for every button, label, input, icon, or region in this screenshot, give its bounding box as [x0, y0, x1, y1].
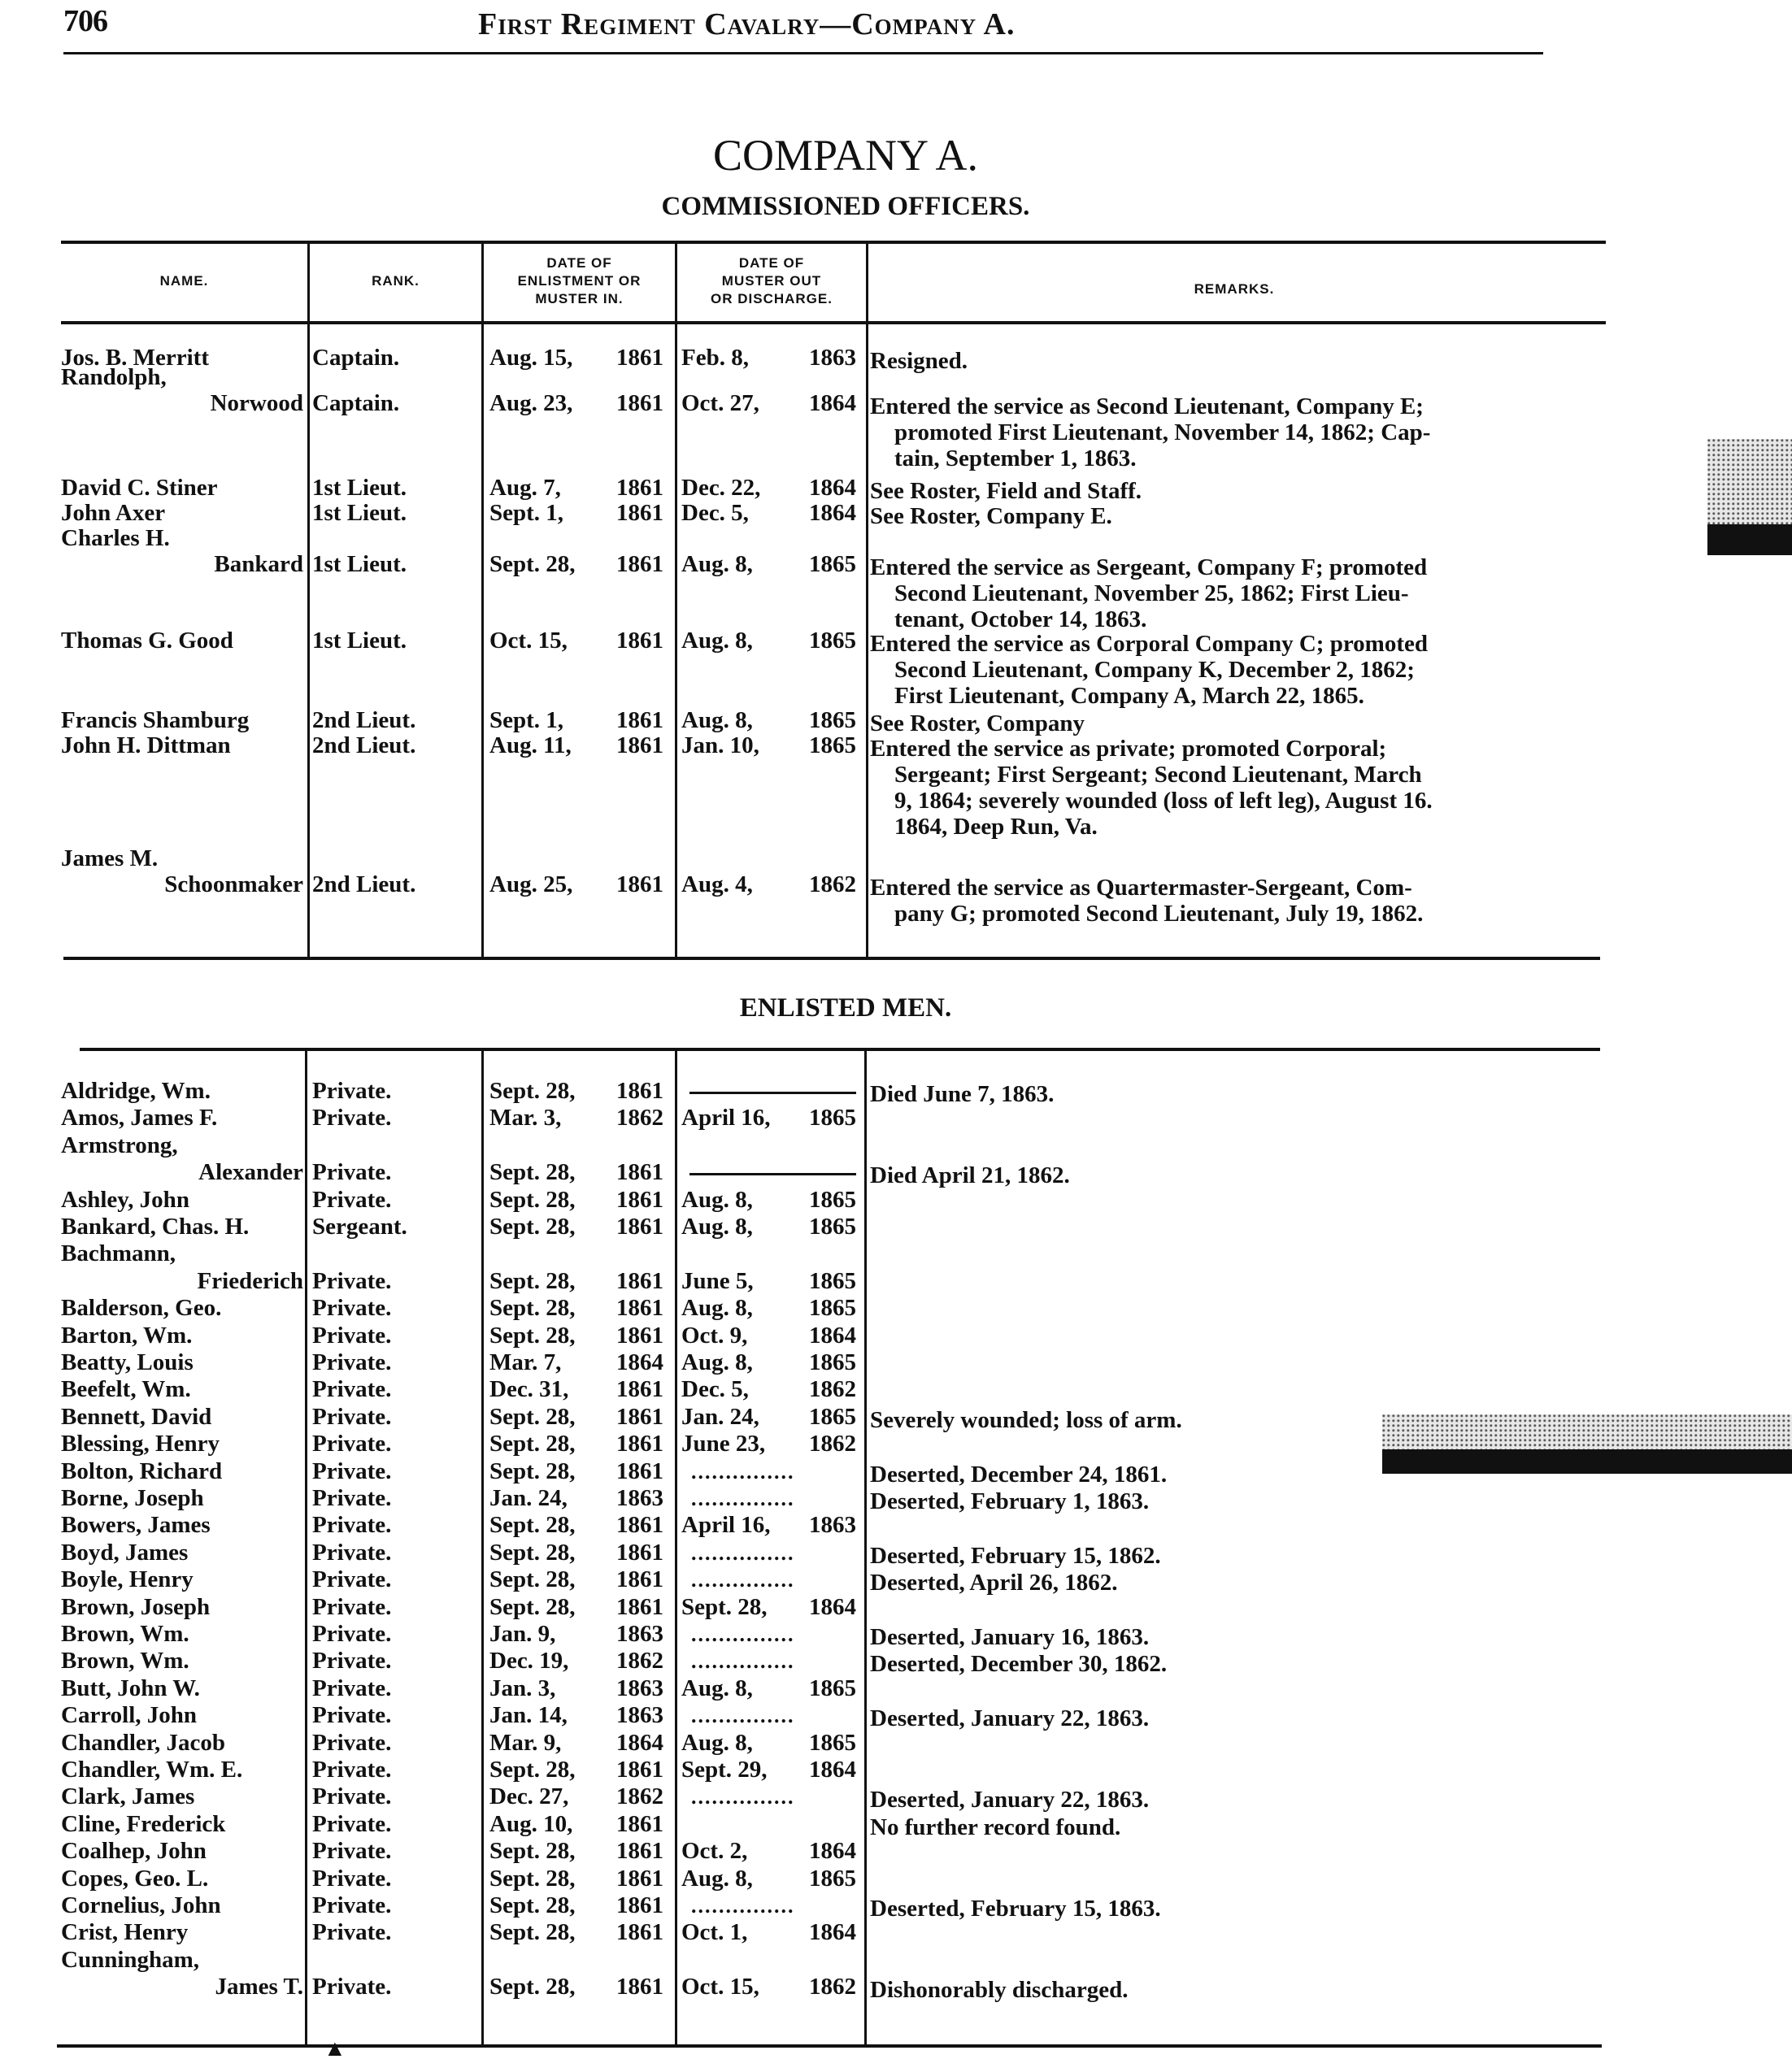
enlist-year: 1861	[616, 1974, 663, 2000]
enlist-date: Sept. 28,	[489, 1214, 576, 1240]
muster-out-date: Oct. 15,	[681, 1974, 759, 2000]
muster-out-date: Jan. 24,	[681, 1404, 759, 1430]
muster-out-date: Aug. 4,	[681, 871, 753, 897]
muster-out-year: 1862	[809, 1431, 856, 1457]
enlisted-rank: Private.	[312, 1594, 391, 1620]
officer-rank: 1st Lieut.	[312, 551, 407, 577]
remarks-line: Resigned.	[870, 348, 1602, 374]
enlisted-remark: Died June 7, 1863.	[870, 1081, 1602, 1107]
enlisted-rank: Private.	[312, 1376, 391, 1402]
enlist-year: 1863	[616, 1485, 663, 1511]
muster-out-dash	[689, 1092, 856, 1094]
header-muster-line: DATE OF	[677, 254, 866, 272]
col-divider	[481, 244, 484, 958]
muster-out-year: 1863	[809, 345, 856, 371]
enlisted-name: Bankard, Chas. H.	[61, 1214, 249, 1240]
enlist-year: 1861	[616, 1295, 663, 1321]
muster-out-date: Aug. 8,	[681, 1187, 753, 1213]
enlist-year: 1862	[616, 1105, 663, 1131]
officer-remarks: Entered the service as Second Lieutenant…	[870, 393, 1602, 471]
muster-out-year: 1864	[809, 390, 856, 416]
enlist-date: Dec. 27,	[489, 1783, 568, 1809]
enlist-date: Oct. 15,	[489, 628, 568, 654]
enlisted-remark: Deserted, January 22, 1863.	[870, 1705, 1602, 1731]
header-enlistment-line: ENLISTMENT OR	[484, 272, 675, 290]
enlist-date: Aug. 11,	[489, 732, 572, 758]
col-divider	[675, 244, 677, 958]
remarks-line: Sergeant; First Sergeant; Second Lieuten…	[870, 762, 1602, 788]
officer-name: Randolph,	[61, 364, 167, 390]
enlisted-rank: Private.	[312, 1566, 391, 1592]
page-number: 706	[63, 3, 107, 39]
officers-header-rule	[61, 321, 1606, 324]
remarks-line: Second Lieutenant, November 25, 1862; Fi…	[870, 580, 1602, 606]
enlist-year: 1861	[616, 1078, 663, 1104]
col-divider	[307, 244, 310, 958]
enlisted-name-cont: James T.	[61, 1974, 303, 2000]
enlist-date: Sept. 1,	[489, 707, 563, 733]
muster-out-date: April 16,	[681, 1105, 771, 1131]
enlisted-remark: Deserted, December 30, 1862.	[870, 1651, 1602, 1677]
officer-name-cont: Schoonmaker	[61, 871, 303, 897]
muster-out-dash	[689, 1173, 856, 1175]
enlist-year: 1861	[616, 1811, 663, 1837]
muster-out-date: Aug. 8,	[681, 628, 753, 654]
muster-out-year: 1865	[809, 1730, 856, 1756]
header-rank: RANK.	[310, 272, 481, 290]
header-rule	[63, 52, 1543, 54]
enlisted-remark: Deserted, January 22, 1863.	[870, 1787, 1602, 1813]
enlisted-remark: Deserted, February 15, 1862.	[870, 1543, 1602, 1569]
remarks-line: Second Lieutenant, Company K, December 2…	[870, 657, 1602, 683]
officer-name-cont: Norwood	[61, 390, 303, 416]
muster-out-year: 1864	[809, 1594, 856, 1620]
officer-rank: 1st Lieut.	[312, 628, 407, 654]
muster-out-year: 1864	[809, 1757, 856, 1783]
enlisted-rank: Private.	[312, 1621, 391, 1647]
remarks-line: tain, September 1, 1863.	[870, 445, 1602, 471]
muster-out-year: 1862	[809, 871, 856, 897]
muster-out-year: 1865	[809, 732, 856, 758]
enlisted-name: Aldridge, Wm.	[61, 1078, 211, 1104]
enlist-year: 1864	[616, 1349, 663, 1375]
enlist-date: Dec. 31,	[489, 1376, 568, 1402]
remarks-line: First Lieutenant, Company A, March 22, 1…	[870, 683, 1602, 709]
muster-out-date: Aug. 8,	[681, 1349, 753, 1375]
muster-out-date: Aug. 8,	[681, 1295, 753, 1321]
muster-out-date: June 5,	[681, 1268, 754, 1294]
enlist-date: Jan. 9,	[489, 1621, 555, 1647]
enlist-date: Sept. 28,	[489, 1431, 576, 1457]
remarks-line: tenant, October 14, 1863.	[870, 606, 1602, 632]
enlisted-rank: Private.	[312, 1431, 391, 1457]
muster-out-dots: ...............	[691, 1622, 795, 1647]
muster-out-year: 1865	[809, 707, 856, 733]
muster-out-dots: ...............	[691, 1649, 795, 1674]
enlisted-rank: Private.	[312, 1783, 391, 1809]
muster-out-year: 1862	[809, 1974, 856, 2000]
enlisted-name: Bolton, Richard	[61, 1458, 222, 1484]
enlisted-bottom-rule	[57, 2044, 1602, 2048]
enlist-year: 1861	[616, 1431, 663, 1457]
enlisted-name: Beatty, Louis	[61, 1349, 194, 1375]
muster-out-year: 1865	[809, 1105, 856, 1131]
enlisted-remark: Deserted, February 1, 1863.	[870, 1488, 1602, 1514]
enlist-date: Sept. 28,	[489, 1757, 576, 1783]
enlist-date: Aug. 25,	[489, 871, 572, 897]
muster-out-date: Sept. 29,	[681, 1757, 768, 1783]
enlisted-rank: Private.	[312, 1078, 391, 1104]
muster-out-year: 1862	[809, 1376, 856, 1402]
muster-out-date: April 16,	[681, 1512, 771, 1538]
officer-rank: 2nd Lieut.	[312, 707, 415, 733]
enlisted-rank: Private.	[312, 1974, 391, 2000]
enlist-year: 1861	[616, 1540, 663, 1566]
enlisted-rank: Private.	[312, 1187, 391, 1213]
enlisted-remark: No further record found.	[870, 1814, 1602, 1840]
muster-out-date: Aug. 8,	[681, 1866, 753, 1892]
remarks-line: See Roster, Field and Staff.	[870, 478, 1602, 504]
officer-rank: 1st Lieut.	[312, 475, 407, 501]
enlist-year: 1864	[616, 1730, 663, 1756]
header-muster-out: DATE OF MUSTER OUT OR DISCHARGE.	[677, 254, 866, 308]
enlist-year: 1861	[616, 871, 663, 897]
muster-out-date: Oct. 2,	[681, 1838, 747, 1864]
enlisted-name: Bowers, James	[61, 1512, 211, 1538]
enlist-date: Sept. 28,	[489, 1838, 576, 1864]
enlist-date: Aug. 10,	[489, 1811, 572, 1837]
officer-name: James M.	[61, 845, 158, 871]
ink-mark: ▲	[324, 2036, 346, 2062]
enlist-date: Mar. 7,	[489, 1349, 561, 1375]
header-enlistment-line: DATE OF	[484, 254, 675, 272]
enlisted-name: Cline, Frederick	[61, 1811, 225, 1837]
muster-out-year: 1865	[809, 1295, 856, 1321]
remarks-line: See Roster, Company E.	[870, 503, 1602, 529]
enlist-year: 1861	[616, 551, 663, 577]
enlisted-name: Amos, James F.	[61, 1105, 217, 1131]
enlist-year: 1861	[616, 1512, 663, 1538]
enlisted-remark: Deserted, February 15, 1863.	[870, 1896, 1602, 1922]
muster-out-date: Oct. 27,	[681, 390, 759, 416]
muster-out-dots: ...............	[691, 1568, 795, 1592]
enlist-date: Sept. 28,	[489, 1594, 576, 1620]
enlisted-rank: Private.	[312, 1919, 391, 1945]
enlisted-rank: Private.	[312, 1485, 391, 1511]
enlist-year: 1861	[616, 1323, 663, 1349]
enlist-date: Jan. 3,	[489, 1675, 555, 1701]
muster-out-year: 1865	[809, 1349, 856, 1375]
remarks-line: Entered the service as Sergeant, Company…	[870, 554, 1602, 580]
officer-rank: 1st Lieut.	[312, 500, 407, 526]
enlist-date: Sept. 28,	[489, 1566, 576, 1592]
enlisted-name: Cunningham,	[61, 1947, 199, 1973]
enlist-year: 1861	[616, 390, 663, 416]
muster-out-dots: ...............	[691, 1541, 795, 1566]
muster-out-date: June 23,	[681, 1431, 765, 1457]
enlist-date: Sept. 28,	[489, 551, 576, 577]
header-remarks: REMARKS.	[868, 280, 1600, 298]
enlisted-name: Cornelius, John	[61, 1892, 221, 1918]
officer-name-cont: Bankard	[61, 551, 303, 577]
enlisted-rank: Private.	[312, 1811, 391, 1837]
enlist-year: 1861	[616, 707, 663, 733]
enlist-year: 1861	[616, 1404, 663, 1430]
enlisted-heading: ENLISTED MEN.	[0, 993, 1691, 1023]
muster-out-dots: ...............	[691, 1785, 795, 1809]
officer-remarks: Entered the service as Quartermaster-Ser…	[870, 875, 1602, 927]
header-name: NAME.	[61, 272, 307, 290]
enlist-year: 1861	[616, 1757, 663, 1783]
enlist-year: 1863	[616, 1675, 663, 1701]
enlisted-top-rule	[80, 1048, 1600, 1051]
enlisted-name: Brown, Wm.	[61, 1621, 189, 1647]
muster-out-year: 1864	[809, 475, 856, 501]
col-divider	[864, 1051, 867, 2044]
officer-rank: 2nd Lieut.	[312, 732, 415, 758]
enlisted-name: Chandler, Jacob	[61, 1730, 225, 1756]
enlist-year: 1863	[616, 1702, 663, 1728]
enlist-year: 1863	[616, 1621, 663, 1647]
enlisted-name: Boyle, Henry	[61, 1566, 194, 1592]
enlist-date: Sept. 28,	[489, 1268, 576, 1294]
enlisted-name: Copes, Geo. L.	[61, 1866, 208, 1892]
enlisted-name: Armstrong,	[61, 1132, 178, 1158]
enlist-date: Sept. 28,	[489, 1974, 576, 2000]
enlist-date: Jan. 14,	[489, 1702, 568, 1728]
enlisted-rank: Private.	[312, 1512, 391, 1538]
muster-out-year: 1864	[809, 1838, 856, 1864]
officer-remarks: Resigned.	[870, 348, 1602, 374]
enlist-date: Sept. 28,	[489, 1404, 576, 1430]
remarks-line: pany G; promoted Second Lieutenant, July…	[870, 901, 1602, 927]
remarks-line: See Roster, Company	[870, 710, 1602, 736]
enlist-date: Sept. 28,	[489, 1078, 576, 1104]
muster-out-dots: ...............	[691, 1704, 795, 1728]
enlisted-name: Boyd, James	[61, 1540, 188, 1566]
enlisted-rank: Private.	[312, 1702, 391, 1728]
officer-name: Thomas G. Good	[61, 628, 233, 654]
enlisted-rank: Private.	[312, 1757, 391, 1783]
enlisted-rank: Private.	[312, 1458, 391, 1484]
officer-remarks: See Roster, Company E.	[870, 503, 1602, 529]
enlisted-rank: Private.	[312, 1268, 391, 1294]
enlist-date: Sept. 28,	[489, 1892, 576, 1918]
header-enlistment: DATE OF ENLISTMENT OR MUSTER IN.	[484, 254, 675, 308]
enlist-date: Sept. 28,	[489, 1512, 576, 1538]
muster-out-date: Dec. 5,	[681, 1376, 749, 1402]
scan-smudge-dark	[1382, 1449, 1792, 1474]
enlisted-name: Brown, Wm.	[61, 1648, 189, 1674]
enlist-year: 1862	[616, 1783, 663, 1809]
enlisted-remark: Deserted, January 16, 1863.	[870, 1624, 1602, 1650]
col-divider	[866, 244, 868, 958]
running-head: First Regiment Cavalry—Company A.	[478, 7, 1016, 42]
enlisted-name: Butt, John W.	[61, 1675, 200, 1701]
enlist-date: Sept. 28,	[489, 1187, 576, 1213]
enlisted-rank: Private.	[312, 1838, 391, 1864]
officer-rank: 2nd Lieut.	[312, 871, 415, 897]
enlist-date: Sept. 28,	[489, 1919, 576, 1945]
header-enlistment-line: MUSTER IN.	[484, 290, 675, 308]
muster-out-date: Feb. 8,	[681, 345, 749, 371]
muster-out-date: Oct. 9,	[681, 1323, 747, 1349]
enlist-date: Mar. 9,	[489, 1730, 561, 1756]
muster-out-date: Dec. 5,	[681, 500, 749, 526]
enlisted-rank: Private.	[312, 1866, 391, 1892]
muster-out-date: Aug. 8,	[681, 1675, 753, 1701]
enlisted-rank: Private.	[312, 1730, 391, 1756]
muster-out-year: 1863	[809, 1512, 856, 1538]
enlist-date: Jan. 24,	[489, 1485, 568, 1511]
enlisted-rank: Private.	[312, 1892, 391, 1918]
enlist-date: Sept. 28,	[489, 1295, 576, 1321]
header-muster-line: OR DISCHARGE.	[677, 290, 866, 308]
enlist-year: 1861	[616, 1376, 663, 1402]
enlisted-name: Clark, James	[61, 1783, 194, 1809]
enlist-year: 1861	[616, 1919, 663, 1945]
officer-name: David C. Stiner	[61, 475, 218, 501]
enlist-year: 1862	[616, 1648, 663, 1674]
enlisted-name: Barton, Wm.	[61, 1323, 192, 1349]
enlist-date: Sept. 28,	[489, 1323, 576, 1349]
muster-out-date: Aug. 8,	[681, 1730, 753, 1756]
enlist-year: 1861	[616, 732, 663, 758]
remarks-line: Entered the service as Corporal Company …	[870, 631, 1602, 657]
enlisted-name-cont: Friederich	[61, 1268, 303, 1294]
enlist-year: 1861	[616, 1268, 663, 1294]
officers-bottom-rule	[63, 957, 1600, 960]
officer-name: John H. Dittman	[61, 732, 231, 758]
page-title: COMPANY A.	[0, 130, 1691, 180]
enlist-date: Dec. 19,	[489, 1648, 568, 1674]
muster-out-year: 1865	[809, 551, 856, 577]
muster-out-year: 1864	[809, 500, 856, 526]
enlisted-name: Borne, Joseph	[61, 1485, 204, 1511]
enlisted-name: Beefelt, Wm.	[61, 1376, 191, 1402]
enlist-date: Aug. 23,	[489, 390, 572, 416]
officer-name: Charles H.	[61, 525, 170, 551]
enlist-date: Aug. 15,	[489, 345, 572, 371]
muster-out-year: 1864	[809, 1323, 856, 1349]
remarks-line: Entered the service as Second Lieutenant…	[870, 393, 1602, 419]
enlist-year: 1861	[616, 1187, 663, 1213]
officer-name: Francis Shamburg	[61, 707, 249, 733]
enlist-year: 1861	[616, 1892, 663, 1918]
muster-out-date: Jan. 10,	[681, 732, 759, 758]
enlist-year: 1861	[616, 628, 663, 654]
enlisted-rank: Sergeant.	[312, 1214, 407, 1240]
enlisted-name: Bachmann,	[61, 1240, 176, 1266]
enlisted-remark: Died April 21, 1862.	[870, 1162, 1602, 1188]
muster-out-date: Aug. 8,	[681, 1214, 753, 1240]
officer-remarks: See Roster, Field and Staff.	[870, 478, 1602, 504]
enlisted-rank: Private.	[312, 1404, 391, 1430]
enlist-year: 1861	[616, 475, 663, 501]
muster-out-date: Aug. 8,	[681, 551, 753, 577]
enlisted-name: Blessing, Henry	[61, 1431, 220, 1457]
enlist-year: 1861	[616, 1594, 663, 1620]
enlist-date: Sept. 28,	[489, 1458, 576, 1484]
enlisted-rank: Private.	[312, 1295, 391, 1321]
enlist-year: 1861	[616, 1838, 663, 1864]
scan-smudge-dark	[1707, 524, 1792, 555]
enlisted-name: Coalhep, John	[61, 1838, 207, 1864]
officer-remarks: See Roster, Company	[870, 710, 1602, 736]
muster-out-year: 1865	[809, 1187, 856, 1213]
muster-out-year: 1865	[809, 628, 856, 654]
muster-out-year: 1865	[809, 1214, 856, 1240]
muster-out-date: Dec. 22,	[681, 475, 760, 501]
enlisted-name: Balderson, Geo.	[61, 1295, 221, 1321]
muster-out-dots: ...............	[691, 1460, 795, 1484]
enlisted-rank: Private.	[312, 1540, 391, 1566]
enlisted-rank: Private.	[312, 1323, 391, 1349]
muster-out-year: 1865	[809, 1268, 856, 1294]
enlisted-rank: Private.	[312, 1648, 391, 1674]
enlist-date: Sept. 28,	[489, 1159, 576, 1185]
enlisted-name: Chandler, Wm. E.	[61, 1757, 242, 1783]
enlist-year: 1861	[616, 1458, 663, 1484]
enlisted-name: Brown, Joseph	[61, 1594, 210, 1620]
enlisted-name: Crist, Henry	[61, 1919, 188, 1945]
officer-remarks: Entered the service as private; promoted…	[870, 736, 1602, 840]
enlist-date: Sept. 1,	[489, 500, 563, 526]
muster-out-year: 1865	[809, 1404, 856, 1430]
muster-out-date: Sept. 28,	[681, 1594, 768, 1620]
enlisted-name: Bennett, David	[61, 1404, 211, 1430]
enlisted-rank: Private.	[312, 1159, 391, 1185]
muster-out-year: 1865	[809, 1675, 856, 1701]
muster-out-dots: ...............	[691, 1487, 795, 1511]
muster-out-year: 1864	[809, 1919, 856, 1945]
enlisted-rank: Private.	[312, 1349, 391, 1375]
officer-name: John Axer	[61, 500, 165, 526]
enlisted-rank: Private.	[312, 1675, 391, 1701]
enlist-year: 1861	[616, 500, 663, 526]
officer-rank: Captain.	[312, 345, 399, 371]
enlisted-rank: Private.	[312, 1105, 391, 1131]
enlisted-remark: Deserted, April 26, 1862.	[870, 1570, 1602, 1596]
enlist-year: 1861	[616, 1866, 663, 1892]
muster-out-date: Oct. 1,	[681, 1919, 747, 1945]
remarks-line: Entered the service as Quartermaster-Ser…	[870, 875, 1602, 901]
enlisted-name: Ashley, John	[61, 1187, 189, 1213]
enlist-date: Sept. 28,	[489, 1540, 576, 1566]
remarks-line: 9, 1864; severely wounded (loss of left …	[870, 788, 1602, 814]
muster-out-date: Aug. 8,	[681, 707, 753, 733]
enlisted-name: Carroll, John	[61, 1702, 197, 1728]
header-muster-line: MUSTER OUT	[677, 272, 866, 290]
muster-out-year: 1865	[809, 1866, 856, 1892]
remarks-line: Entered the service as private; promoted…	[870, 736, 1602, 762]
enlist-year: 1861	[616, 1566, 663, 1592]
col-divider	[481, 1051, 484, 2044]
officer-remarks: Entered the service as Sergeant, Company…	[870, 554, 1602, 632]
col-divider	[305, 1051, 307, 2044]
enlist-year: 1861	[616, 1159, 663, 1185]
muster-out-dots: ...............	[691, 1894, 795, 1918]
remarks-line: promoted First Lieutenant, November 14, …	[870, 419, 1602, 445]
enlist-date: Mar. 3,	[489, 1105, 561, 1131]
enlist-year: 1861	[616, 345, 663, 371]
officer-remarks: Entered the service as Corporal Company …	[870, 631, 1602, 709]
enlist-date: Aug. 7,	[489, 475, 561, 501]
col-divider	[675, 1051, 677, 2044]
enlist-year: 1861	[616, 1214, 663, 1240]
enlisted-name-cont: Alexander	[61, 1159, 303, 1185]
enlisted-remark: Dishonorably discharged.	[870, 1977, 1602, 2003]
